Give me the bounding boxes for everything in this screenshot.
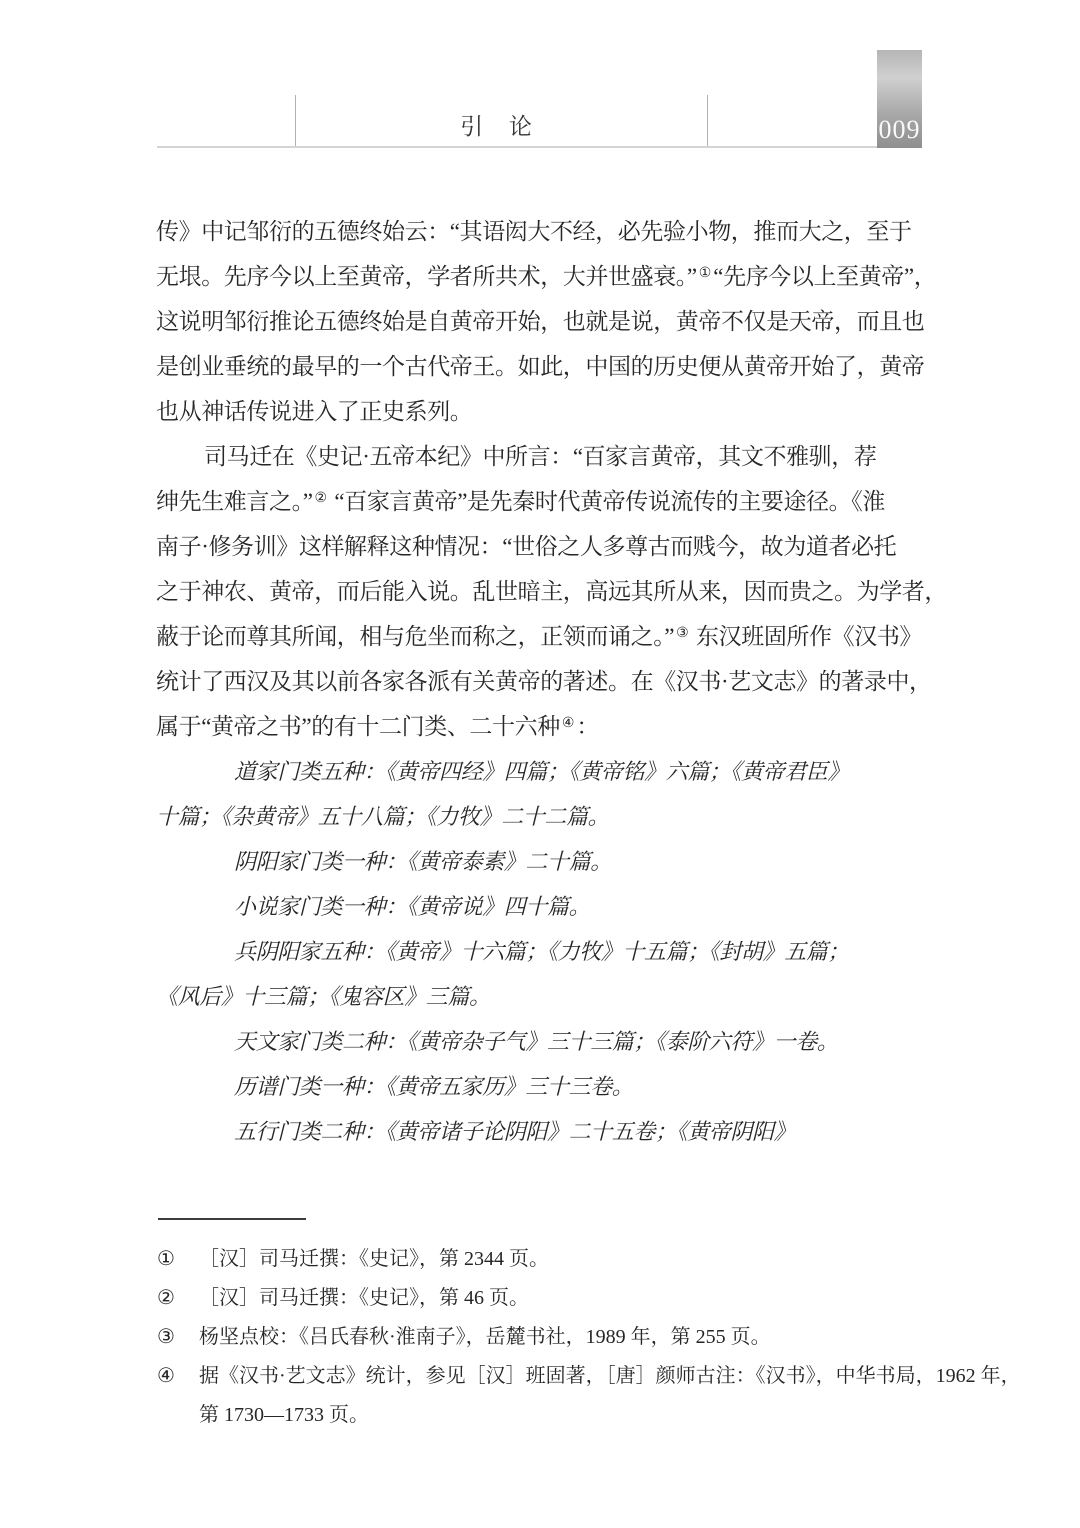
footnote-marker: ① bbox=[157, 1240, 199, 1279]
footnote-ref-2: ② bbox=[313, 491, 330, 506]
footnote-4-continuation: 第 1730—1733 页。 bbox=[157, 1396, 947, 1435]
page-number-bar: 009 bbox=[877, 50, 922, 148]
footnote-separator-rule bbox=[158, 1218, 306, 1220]
text-line: 统计了西汉及其以前各家各派有关黄帝的著述。在《汉书·艺文志》的著录中， bbox=[156, 659, 932, 704]
footnote-4: ④据《汉书·艺文志》统计，参见［汉］班固著，［唐］颜师古注：《汉书》，中华书局，… bbox=[157, 1357, 947, 1396]
footnote-text: ［汉］司马迁撰：《史记》，第 46 页。 bbox=[199, 1287, 529, 1309]
text-line: 这说明邹衍推论五德终始是自黄帝开始，也就是说，黄帝不仅是天帝，而且也 bbox=[156, 299, 932, 344]
header-rule-right bbox=[707, 95, 708, 147]
book-page: 引 论 009 传》中记邹衍的五德终始云：“其语闳大不经，必先验小物，推而大之，… bbox=[0, 0, 1080, 1528]
text-line: 蔽于论而尊其所闻，相与危坐而称之，正领而诵之。”③ 东汉班固所作《汉书》 bbox=[156, 614, 932, 659]
footnote-text: 第 1730—1733 页。 bbox=[199, 1404, 369, 1426]
text-line: 也从神话传说进入了正史系列。 bbox=[156, 389, 932, 434]
quote-block: 道家门类五种：《黄帝四经》四篇；《黄帝铭》六篇；《黄帝君臣》 十篇；《杂黄帝》五… bbox=[156, 749, 932, 1154]
footnote-1: ①［汉］司马迁撰：《史记》，第 2344 页。 bbox=[157, 1240, 947, 1279]
text-segment: “先序今以上至黄帝”， bbox=[713, 264, 936, 289]
quote-line: 天文家门类二种：《黄帝杂子气》三十三篇；《泰阶六符》一卷。 bbox=[156, 1019, 932, 1064]
text-line: 传》中记邹衍的五德终始云：“其语闳大不经，必先验小物，推而大之，至于 bbox=[156, 209, 932, 254]
header-horizontal-rule bbox=[157, 146, 878, 148]
text-line: 绅先生难言之。”② “百家言黄帝”是先秦时代黄帝传说流传的主要途径。《淮 bbox=[156, 479, 932, 524]
quote-line: 道家门类五种：《黄帝四经》四篇；《黄帝铭》六篇；《黄帝君臣》 bbox=[156, 749, 932, 794]
text-line: 南子·修务训》这样解释这种情况：“世俗之人多尊古而贱今，故为道者必托 bbox=[156, 524, 932, 569]
text-segment: 属于“黄帝之书”的有十二门类、二十六种 bbox=[156, 714, 560, 739]
footnote-marker: ③ bbox=[157, 1318, 199, 1357]
quote-line: 《风后》十三篇；《鬼容区》三篇。 bbox=[156, 974, 932, 1019]
running-head-title: 引 论 bbox=[295, 108, 707, 141]
text-line: 无垠。先序今以上至黄帝，学者所共术，大并世盛衰。”①“先序今以上至黄帝”， bbox=[156, 254, 932, 299]
footnote-ref-1: ① bbox=[697, 266, 714, 281]
footnotes: ①［汉］司马迁撰：《史记》，第 2344 页。 ②［汉］司马迁撰：《史记》，第 … bbox=[157, 1240, 947, 1435]
text-segment: 蔽于论而尊其所闻，相与危坐而称之，正领而诵之。” bbox=[156, 624, 674, 649]
text-segment: 东汉班固所作《汉书》 bbox=[691, 624, 922, 649]
quote-line: 阴阳家门类一种：《黄帝泰素》二十篇。 bbox=[156, 839, 932, 884]
footnote-text: 据《汉书·艺文志》统计，参见［汉］班固著，［唐］颜师古注：《汉书》，中华书局，1… bbox=[199, 1365, 1021, 1387]
footnote-text: 杨坚点校：《吕氏春秋·淮南子》，岳麓书社，1989 年，第 255 页。 bbox=[199, 1326, 771, 1348]
footnote-3: ③杨坚点校：《吕氏春秋·淮南子》，岳麓书社，1989 年，第 255 页。 bbox=[157, 1318, 947, 1357]
footnote-marker: ② bbox=[157, 1279, 199, 1318]
page-body: 传》中记邹衍的五德终始云：“其语闳大不经，必先验小物，推而大之，至于 无垠。先序… bbox=[156, 209, 932, 1154]
text-line: 属于“黄帝之书”的有十二门类、二十六种④： bbox=[156, 704, 932, 749]
text-segment: 无垠。先序今以上至黄帝，学者所共术，大并世盛衰。” bbox=[156, 264, 697, 289]
quote-line: 历谱门类一种：《黄帝五家历》三十三卷。 bbox=[156, 1064, 932, 1109]
text-line: 是创业垂统的最早的一个古代帝王。如此，中国的历史便从黄帝开始了，黄帝 bbox=[156, 344, 932, 389]
page-number: 009 bbox=[877, 115, 922, 145]
footnote-ref-3: ③ bbox=[674, 626, 691, 641]
paragraph-2: 司马迁在《史记·五帝本纪》中所言：“百家言黄帝，其文不雅驯，荐 绅先生难言之。”… bbox=[156, 434, 932, 749]
quote-line: 五行门类二种：《黄帝诸子论阴阳》二十五卷；《黄帝阴阳》 bbox=[156, 1109, 932, 1154]
footnote-text: ［汉］司马迁撰：《史记》，第 2344 页。 bbox=[199, 1248, 549, 1270]
footnote-marker: ④ bbox=[157, 1357, 199, 1396]
quote-line: 十篇；《杂黄帝》五十八篇；《力牧》二十二篇。 bbox=[156, 794, 932, 839]
quote-line: 兵阴阳家五种：《黄帝》十六篇；《力牧》十五篇；《封胡》五篇； bbox=[156, 929, 932, 974]
text-segment: 绅先生难言之。” bbox=[156, 489, 313, 514]
text-segment: ： bbox=[576, 714, 599, 739]
footnote-ref-4: ④ bbox=[560, 716, 577, 731]
text-line: 司马迁在《史记·五帝本纪》中所言：“百家言黄帝，其文不雅驯，荐 bbox=[156, 434, 932, 479]
quote-line: 小说家门类一种：《黄帝说》四十篇。 bbox=[156, 884, 932, 929]
text-line: 之于神农、黄帝，而后能入说。乱世暗主，高远其所从来，因而贵之。为学者， bbox=[156, 569, 932, 614]
footnote-2: ②［汉］司马迁撰：《史记》，第 46 页。 bbox=[157, 1279, 947, 1318]
paragraph-1: 传》中记邹衍的五德终始云：“其语闳大不经，必先验小物，推而大之，至于 无垠。先序… bbox=[156, 209, 932, 434]
text-segment: “百家言黄帝”是先秦时代黄帝传说流传的主要途径。《淮 bbox=[329, 489, 885, 514]
